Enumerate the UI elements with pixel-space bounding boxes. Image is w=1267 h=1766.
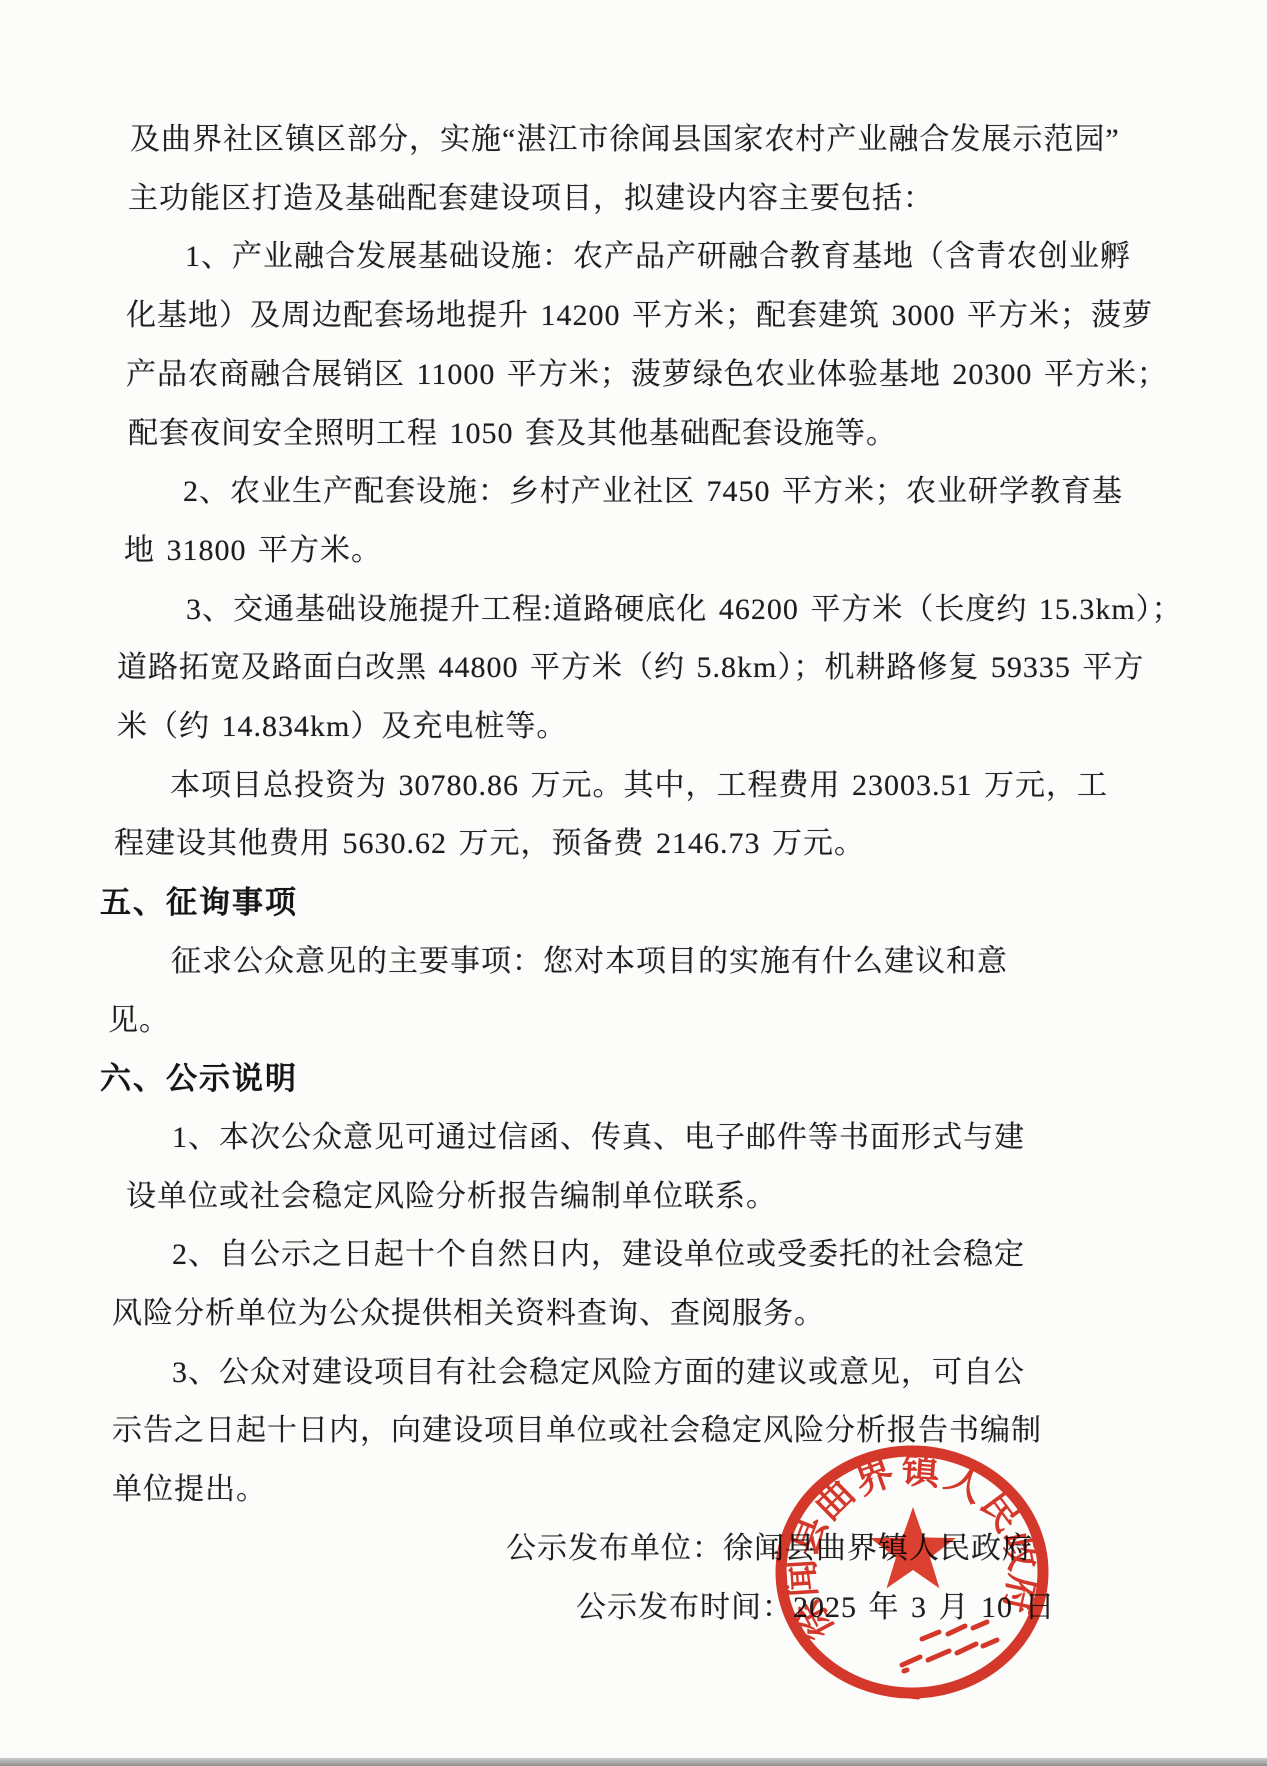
text-line-9: 3、交通基础设施提升工程:道路硬底化 46200 平方米（长度约 15.3km）… (186, 580, 1183, 639)
text-line-6: 配套夜间安全照明工程 1050 套及其他基础配套设施等。 (128, 404, 897, 463)
text-line-10: 道路拓宽及路面白改黑 44800 平方米（约 5.8km）；机耕路修复 5933… (117, 638, 1144, 697)
text-line-5: 产品农商融合展销区 11000 平方米；菠萝绿色农业体验基地 20300 平方米… (126, 345, 1168, 404)
text-line-19: 设单位或社会稳定风险分析报告编制单位联系。 (126, 1167, 777, 1226)
text-line-8: 地 31800 平方米。 (124, 521, 382, 580)
text-line-2: 主功能区打造及基础配套建设项目，拟建设内容主要包括： (128, 169, 934, 228)
text-line-17: 六、公示说明 (100, 1049, 298, 1108)
official-seal: 徐闻县曲界镇人民政府 (752, 1412, 1072, 1732)
text-line-22: 3、公众对建设项目有社会稳定风险方面的建议或意见，可自公 (172, 1343, 1025, 1402)
scan-edge-strip (0, 1758, 1267, 1766)
seal-char: 府 (995, 1571, 1044, 1617)
text-line-12: 本项目总投资为 30780.86 万元。其中，工程费用 23003.51 万元，… (170, 756, 1108, 815)
text-line-1: 及曲界社区镇区部分，实施“湛江市徐闻县国家农村产业融合发展示范园” (130, 110, 1120, 169)
text-line-14: 五、征询事项 (100, 873, 298, 932)
text-line-11: 米（约 14.834km）及充电桩等。 (117, 697, 567, 756)
text-line-18: 1、本次公众意见可通过信函、传真、电子邮件等书面形式与建 (172, 1108, 1025, 1167)
red-star-icon (870, 1507, 956, 1588)
text-line-20: 2、自公示之日起十个自然日内，建设单位或受委托的社会稳定 (172, 1225, 1025, 1284)
text-line-15: 征求公众意见的主要事项：您对本项目的实施有什么建议和意 (171, 932, 1008, 991)
text-line-13: 程建设其他费用 5630.62 万元，预备费 2146.73 万元。 (114, 814, 865, 873)
text-line-3: 1、产业融合发展基础设施：农产品产研融合教育基地（含青农创业孵 (185, 227, 1131, 286)
document-page: 及曲界社区镇区部分，实施“湛江市徐闻县国家农村产业融合发展示范园”主功能区打造及… (0, 0, 1267, 1766)
text-line-7: 2、农业生产配套设施：乡村产业社区 7450 平方米；农业研学教育基 (183, 462, 1123, 521)
document-text-container: 及曲界社区镇区部分，实施“湛江市徐闻县国家农村产业融合发展示范园”主功能区打造及… (0, 0, 1267, 1766)
text-line-16: 见。 (108, 991, 170, 1050)
text-line-21: 风险分析单位为公众提供相关资料查询、查阅服务。 (112, 1284, 825, 1343)
seal-char: 政 (995, 1528, 1044, 1574)
seal-char: 镇 (900, 1449, 944, 1494)
seal-group: 徐闻县曲界镇人民政府 (780, 1449, 1044, 1697)
text-line-4: 化基地）及周边配套场地提升 14200 平方米；配套建筑 3000 平方米；菠萝 (126, 286, 1153, 345)
text-line-24: 单位提出。 (112, 1460, 267, 1519)
seal-char: 闻 (780, 1558, 824, 1599)
